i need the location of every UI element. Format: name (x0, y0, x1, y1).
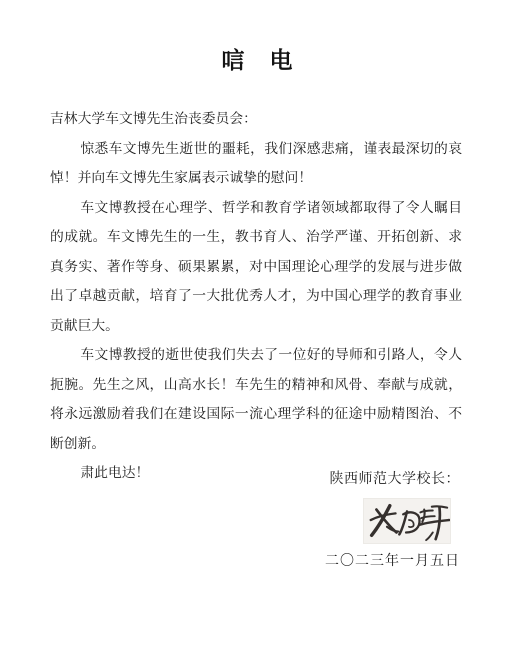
letter-body: 吉林大学车文博先生治丧委员会： 惊悉车文博先生逝世的噩耗，我们深感悲痛，谨表最深… (50, 104, 462, 488)
date-line: 二〇二三年一月五日 (325, 550, 460, 574)
paragraph-achievements: 车文博教授在心理学、哲学和教育学诸领域都取得了令人瞩目的成就。车文博先生的一生，… (50, 193, 462, 341)
signer-title: 陕西师范大学校长： (330, 468, 461, 492)
handwritten-signature-image (364, 499, 450, 543)
paragraph-condolence: 惊悉车文博先生逝世的噩耗，我们深感悲痛，谨表最深切的哀悼！并向车文博先生家属表示… (50, 134, 462, 193)
paragraph-tribute: 车文博教授的逝世使我们失去了一位好的导师和引路人，令人扼腕。先生之风，山高水长！… (50, 340, 462, 458)
signature-strokes (364, 499, 450, 543)
signoff-block: 陕西师范大学校长： 二〇二三年一月 (325, 468, 460, 574)
condolence-letter-page: 唁 电 吉林大学车文博先生治丧委员会： 惊悉车文博先生逝世的噩耗，我们深感悲痛，… (0, 0, 515, 670)
salutation-line: 吉林大学车文博先生治丧委员会： (50, 104, 462, 134)
document-title: 唁 电 (0, 46, 515, 76)
